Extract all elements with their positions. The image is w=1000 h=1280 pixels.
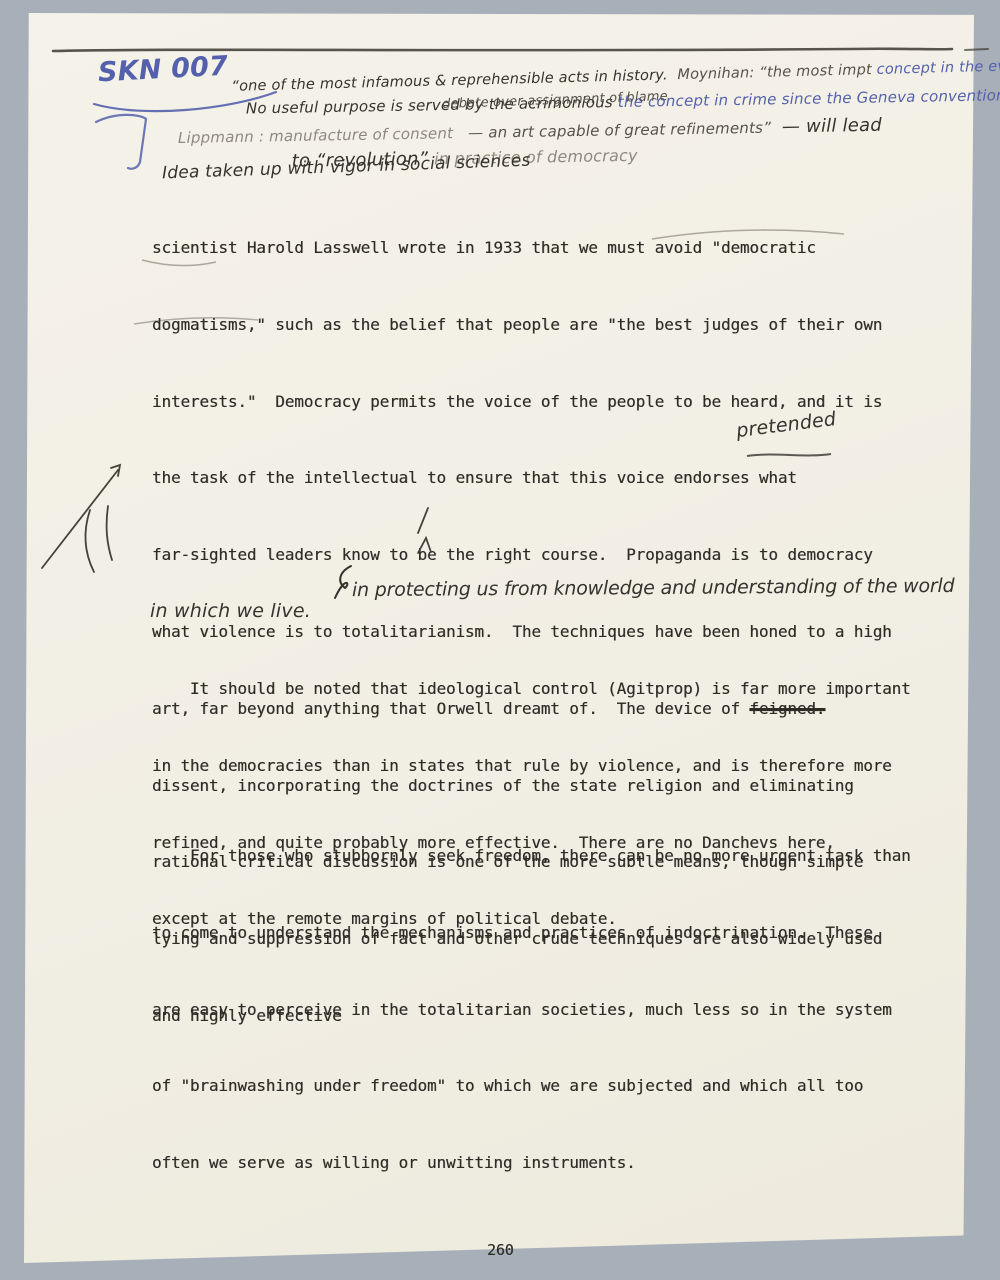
- body-paragraph-3: For those who stubbornly seek freedom, t…: [152, 808, 911, 1230]
- page-number: 260: [487, 1241, 514, 1259]
- typed-line: to come to understand the mechanisms and…: [152, 923, 911, 962]
- typed-line: often we serve as willing or unwitting i…: [152, 1153, 911, 1192]
- scanned-page: SKN 007 “one of the most infamous & repr…: [0, 0, 1000, 1280]
- typed-line: of "brainwashing under freedom" to which…: [152, 1076, 911, 1115]
- margin-arrow-mark: [28, 448, 133, 578]
- handwritten-insert-line-1: in protecting us from knowledge and unde…: [352, 575, 955, 601]
- typed-line: For those who stubbornly seek freedom, t…: [152, 846, 911, 885]
- typed-line: in the democracies than in states that r…: [152, 756, 911, 795]
- typed-line: dogmatisms," such as the belief that peo…: [152, 315, 892, 354]
- typed-line: It should be noted that ideological cont…: [152, 679, 911, 718]
- typed-line: scientist Harold Lasswell wrote in 1933 …: [152, 238, 892, 277]
- typed-line: are easy to perceive in the totalitarian…: [152, 1000, 911, 1039]
- typed-line: the task of the intellectual to ensure t…: [152, 468, 892, 507]
- blue-bracket-mark: [90, 106, 164, 172]
- annotation-line-3-dark: — will lead: [776, 115, 882, 138]
- caret-insertion-mark: [414, 505, 438, 557]
- handwritten-insert-line-2: in which we live.: [150, 600, 311, 622]
- strikeout-scribble: [745, 448, 833, 462]
